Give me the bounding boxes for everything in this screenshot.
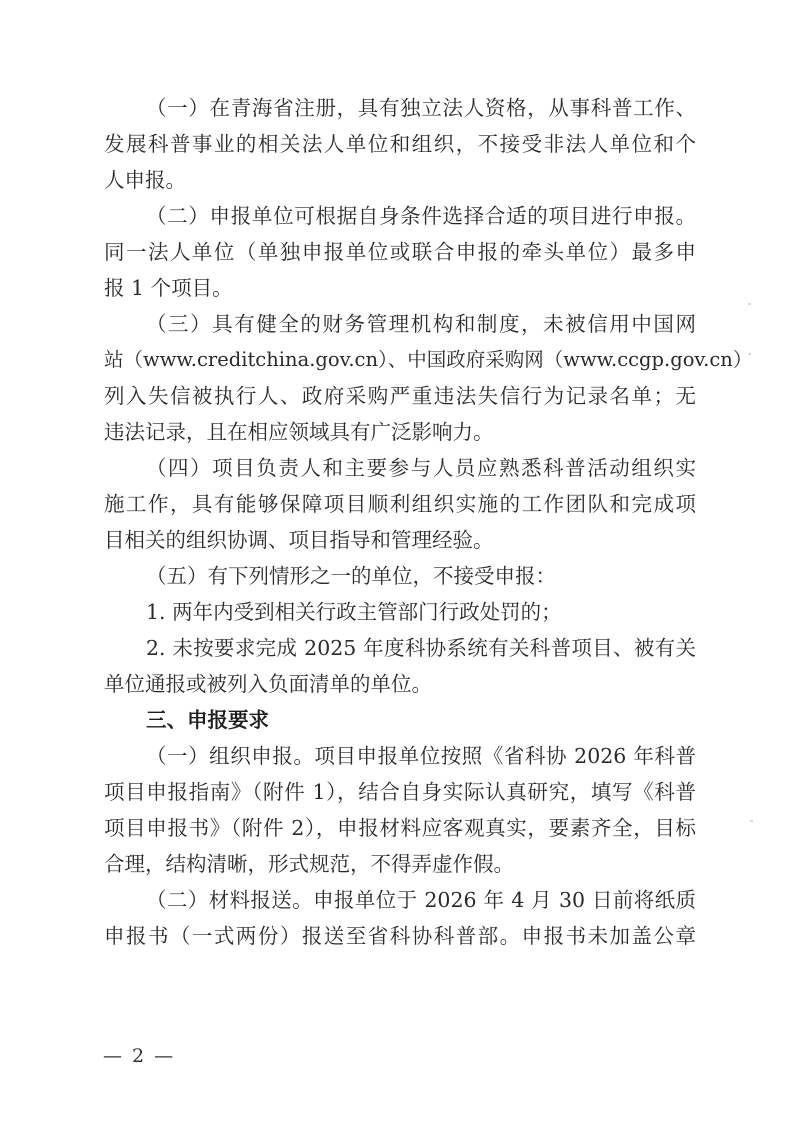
paragraph-line: 站（www.creditchina.gov.cn）、中国政府采购网（www.cc… <box>104 342 696 378</box>
paragraph-line: （三）具有健全的财务管理机构和制度，未被信用中国网 <box>104 306 696 342</box>
paragraph-line: （一）在青海省注册，具有独立法人资格，从事科普工作、 <box>104 90 696 126</box>
paragraph-line: （四）项目负责人和主要参与人员应熟悉科普活动组织实 <box>104 450 696 486</box>
document-body: （一）在青海省注册，具有独立法人资格，从事科普工作、 发展科普事业的相关法人单位… <box>104 90 696 954</box>
paragraph-line: 目相关的组织协调、项目指导和管理经验。 <box>104 522 696 558</box>
paragraph-line: 项目申报书》（附件 2），申报材料应客观真实，要素齐全，目标 <box>104 810 696 846</box>
paragraph-line: 人申报。 <box>104 162 696 198</box>
paragraph-line: 列入失信被执行人、政府采购严重违法失信行为记录名单；无 <box>104 378 696 414</box>
paragraph-line: （二）材料报送。申报单位于 2026 年 4 月 30 日前将纸质 <box>104 882 696 918</box>
section-heading: 三、申报要求 <box>104 702 696 738</box>
paragraph-line: 报 1 个项目。 <box>104 270 696 306</box>
page-number: — 2 — <box>103 1043 175 1069</box>
scan-artifact <box>748 353 751 355</box>
paragraph-line: 项目申报指南》（附件 1），结合自身实际认真研究，填写《科普 <box>104 774 696 810</box>
paragraph-line: 施工作，具有能够保障项目顺利组织实施的工作团队和完成项 <box>104 486 696 522</box>
paragraph-line: （二）申报单位可根据自身条件选择合适的项目进行申报。 <box>104 198 696 234</box>
paragraph-line: 违法记录，且在相应领域具有广泛影响力。 <box>104 414 696 450</box>
paragraph-line: （五）有下列情形之一的单位，不接受申报： <box>104 558 696 594</box>
paragraph-line: 申报书（一式两份）报送至省科协科普部。申报书未加盖公章 <box>104 918 696 954</box>
paragraph-line: （一）组织申报。项目申报单位按照《省科协 2026 年科普 <box>104 738 696 774</box>
paragraph-line: 发展科普事业的相关法人单位和组织，不接受非法人单位和个 <box>104 126 696 162</box>
paragraph-line: 同一法人单位（单独申报单位或联合申报的牵头单位）最多申 <box>104 234 696 270</box>
scan-artifact <box>748 303 751 305</box>
paragraph-line: 单位通报或被列入负面清单的单位。 <box>104 666 696 702</box>
list-item: 1. 两年内受到相关行政主管部门行政处罚的； <box>104 594 696 630</box>
list-item: 2. 未按要求完成 2025 年度科协系统有关科普项目、被有关 <box>104 630 696 666</box>
document-page: （一）在青海省注册，具有独立法人资格，从事科普工作、 发展科普事业的相关法人单位… <box>0 0 799 1130</box>
scan-artifact <box>750 820 753 822</box>
paragraph-line: 合理，结构清晰，形式规范，不得弄虚作假。 <box>104 846 696 882</box>
